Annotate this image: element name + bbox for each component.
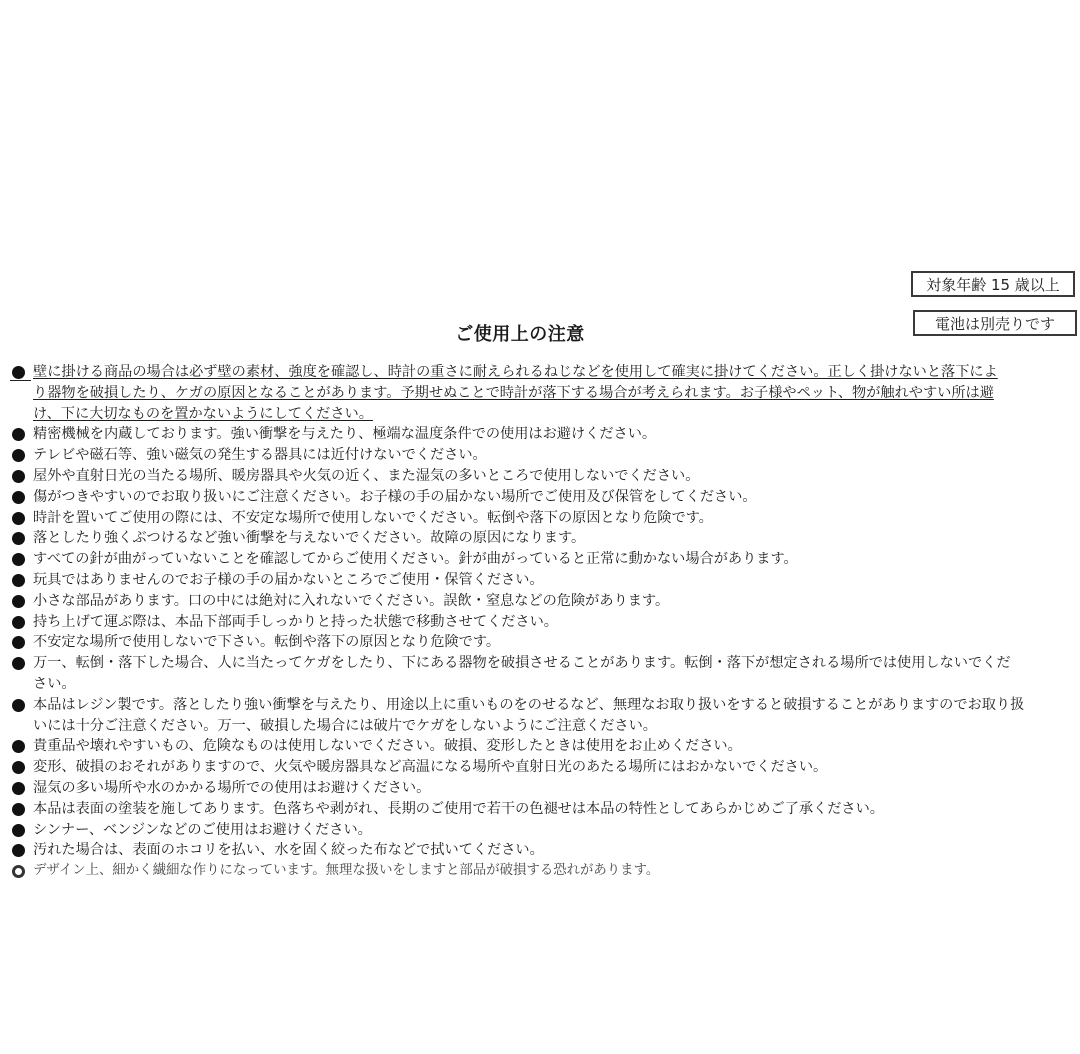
caution-item: 時計を置いてご使用の際には、不安定な場所で使用しないでください。転倒や落下の原因… — [12, 508, 1072, 529]
caution-item: 貴重品や壊れやすいもの、危険なものは使用しないでください。破損、変形したときは使… — [12, 736, 1072, 757]
bullet-icon — [12, 553, 25, 566]
caution-text: 小さな部品があります。口の中には絶対に入れないでください。誤飲・窒息などの危険が… — [33, 593, 669, 609]
caution-item: 精密機械を内蔵しております。強い衝撃を与えたり、極端な温度条件での使用はお避けく… — [12, 424, 1072, 445]
caution-item: 玩具ではありませんのでお子様の手の届かないところでご使用・保管ください。 — [12, 570, 1072, 591]
bullet-icon — [12, 740, 25, 753]
caution-item: 小さな部品があります。口の中には絶対に入れないでください。誤飲・窒息などの危険が… — [12, 591, 1072, 612]
caution-item: テレビや磁石等、強い磁気の発生する器具には近付けないでください。 — [12, 445, 1072, 466]
caution-item-design: デザイン上、細かく繊細な作りになっています。無理な扱いをしますと部品が破損する恐… — [12, 861, 1072, 882]
caution-text: 湿気の多い場所や水のかかる場所での使用はお避けください。 — [33, 780, 430, 796]
caution-item: 不安定な場所で使用しないで下さい。転倒や落下の原因となり危険です。 — [12, 632, 1072, 653]
caution-text: すべての針が曲がっていないことを確認してからご使用ください。針が曲がっていると正… — [33, 551, 798, 567]
caution-text: 本品は表面の塗装を施してあります。色落ちや剥がれ、長期のご使用で若干の色褪せは本… — [33, 801, 884, 817]
bullet-icon — [12, 844, 25, 857]
caution-text: テレビや磁石等、強い磁気の発生する器具には近付けないでください。 — [33, 447, 487, 463]
bullet-icon — [12, 636, 25, 649]
bullet-icon — [12, 366, 25, 379]
bullet-icon — [12, 470, 25, 483]
bullet-outline-icon — [12, 865, 25, 878]
bullet-icon — [12, 761, 25, 774]
caution-text: 変形、破損のおそれがありますので、火気や暖房器具など高温になる場所や直射日光のあ… — [33, 759, 827, 775]
bullet-icon — [12, 595, 25, 608]
caution-item: すべての針が曲がっていないことを確認してからご使用ください。針が曲がっていると正… — [12, 549, 1072, 570]
caution-text: 傷がつきやすいのでお取り扱いにご注意ください。お子様の手の届かない場所でご使用及… — [33, 489, 757, 505]
bullet-icon — [12, 491, 25, 504]
caution-text: 落としたり強くぶつけるなど強い衝撃を与えないでください。故障の原因になります。 — [33, 530, 585, 546]
bullet-icon — [12, 512, 25, 525]
caution-item: 持ち上げて運ぶ際は、本品下部両手しっかりと持った状態で移動させてください。 — [12, 612, 1072, 633]
caution-text: 精密機械を内蔵しております。強い衝撃を与えたり、極端な温度条件での使用はお避けく… — [33, 426, 656, 442]
caution-text: 時計を置いてご使用の際には、不安定な場所で使用しないでください。転倒や落下の原因… — [33, 510, 713, 526]
bullet-icon — [12, 616, 25, 629]
bullet-icon — [12, 824, 25, 837]
page-title: ご使用上の注意 — [0, 320, 1040, 346]
caution-item: シンナー、ベンジンなどのご使用はお避けください。 — [12, 820, 1072, 841]
caution-text: 壁に掛ける商品の場合は必ず壁の素材、強度を確認し、時計の重さに耐えられるねじなど… — [33, 364, 998, 422]
bullet-icon — [12, 803, 25, 816]
caution-item: 本品はレジン製です。落としたり強い衝撃を与えたり、用途以上に重いものをのせるなど… — [12, 695, 1038, 737]
caution-item: 変形、破損のおそれがありますので、火気や暖房器具など高温になる場所や直射日光のあ… — [12, 757, 1072, 778]
caution-item: 湿気の多い場所や水のかかる場所での使用はお避けください。 — [12, 778, 1072, 799]
caution-text: 不安定な場所で使用しないで下さい。転倒や落下の原因となり危険です。 — [33, 634, 500, 650]
caution-item: 本品は表面の塗装を施してあります。色落ちや剥がれ、長期のご使用で若干の色褪せは本… — [12, 799, 1072, 820]
caution-text: 持ち上げて運ぶ際は、本品下部両手しっかりと持った状態で移動させてください。 — [33, 614, 558, 630]
caution-text: 本品はレジン製です。落としたり強い衝撃を与えたり、用途以上に重いものをのせるなど… — [33, 697, 1024, 734]
caution-item: 汚れた場合は、表面のホコリを払い、水を固く絞った布などで拭いてください。 — [12, 840, 1072, 861]
caution-item: 屋外や直射日光の当たる場所、暖房器具や火気の近く、また湿気の多いところで使用しな… — [12, 466, 1072, 487]
caution-text: 万一、転倒・落下した場合、人に当たってケガをしたり、下にある器物を破損させること… — [33, 655, 1011, 692]
caution-item: 万一、転倒・落下した場合、人に当たってケガをしたり、下にある器物を破損させること… — [12, 653, 1018, 695]
bullet-icon — [12, 428, 25, 441]
bullet-icon — [12, 699, 25, 712]
caution-text: 屋外や直射日光の当たる場所、暖房器具や火気の近く、また湿気の多いところで使用しな… — [33, 468, 699, 484]
caution-text: 玩具ではありませんのでお子様の手の届かないところでご使用・保管ください。 — [33, 572, 544, 588]
caution-text: デザイン上、細かく繊細な作りになっています。無理な扱いをしますと部品が破損する恐… — [33, 863, 659, 878]
caution-item: 傷がつきやすいのでお取り扱いにご注意ください。お子様の手の届かない場所でご使用及… — [12, 487, 1072, 508]
bullet-icon — [12, 449, 25, 462]
caution-item-wall-mount: 壁に掛ける商品の場合は必ず壁の素材、強度を確認し、時計の重さに耐えられるねじなど… — [12, 362, 1008, 424]
caution-text: 汚れた場合は、表面のホコリを払い、水を固く絞った布などで拭いてください。 — [33, 842, 544, 858]
caution-item: 落としたり強くぶつけるなど強い衝撃を与えないでください。故障の原因になります。 — [12, 528, 1072, 549]
target-age-badge: 対象年齢 15 歳以上 — [911, 271, 1075, 297]
bullet-icon — [12, 532, 25, 545]
caution-text: 貴重品や壊れやすいもの、危険なものは使用しないでください。破損、変形したときは使… — [33, 738, 742, 754]
bullet-icon — [12, 657, 25, 670]
caution-list: 壁に掛ける商品の場合は必ず壁の素材、強度を確認し、時計の重さに耐えられるねじなど… — [12, 362, 1072, 882]
bullet-icon — [12, 574, 25, 587]
bullet-icon — [12, 782, 25, 795]
caution-text: シンナー、ベンジンなどのご使用はお避けください。 — [33, 822, 372, 838]
underline-rule — [10, 380, 31, 381]
